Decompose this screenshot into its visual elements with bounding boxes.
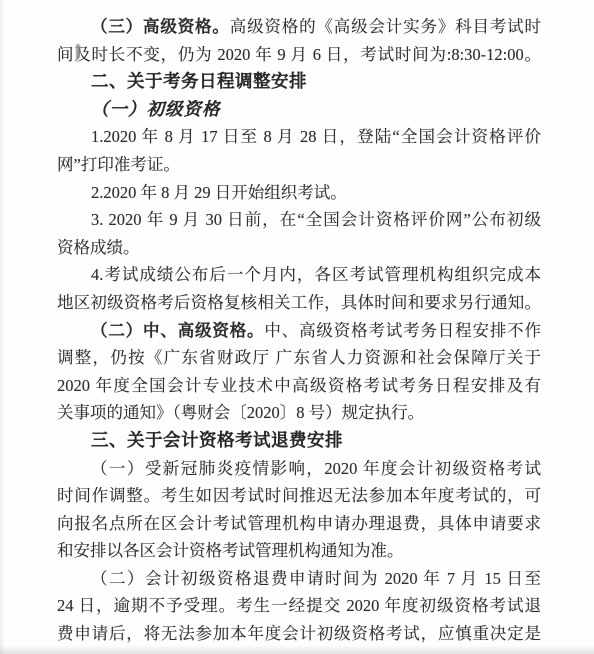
text-line: 三、关于会计资格考试退费安排 xyxy=(57,427,541,455)
text-line: 1.2020 年 8 月 17 日至 8 月 28 日，登陆“全国会计资格评价 xyxy=(57,123,541,151)
paragraph-1: （三）高级资格。高级资格的《高级会计实务》科目考试时间及时长不变，仍为 2020… xyxy=(57,13,541,68)
paragraph-2: 二、关于考务日程调整安排 xyxy=(57,68,541,96)
text-line: 调整，仍按《广东省财政厅 广东省人力资源和社会保障厅关于 xyxy=(57,344,541,372)
text-run: 2020 年度全国会计专业技术中高级资格考试考务日程安排及有 xyxy=(57,376,541,395)
text-line: 间及时长不变，仍为 2020 年 9 月 6 日，考试时间为:8:30-12:0… xyxy=(57,41,541,69)
text-run: 间及时长不变，仍为 2020 年 9 月 6 日，考试时间为:8:30-12:0… xyxy=(57,45,541,64)
document-page: （三）高级资格。高级资格的《高级会计实务》科目考试时间及时长不变，仍为 2020… xyxy=(0,0,594,654)
text-run: 地区初级资格考后资格复核相关工作，具体时间和要求另行通知。 xyxy=(57,293,541,312)
text-run: （一）受新冠肺炎疫情影响，2020 年度会计初级资格考试 xyxy=(91,459,541,478)
text-line: 资格成绩。 xyxy=(57,234,541,262)
text-line: 向报名点所在区会计考试管理机构申请办理退费，具体申请要求 xyxy=(57,510,541,538)
paragraph-7: 4.考试成绩公布后一个月内，各区考试管理机构组织完成本地区初级资格考后资格复核相… xyxy=(57,261,541,316)
text-run: 4.考试成绩公布后一个月内，各区考试管理机构组织完成本 xyxy=(91,265,541,284)
text-run: 时间作调整。考生如因考试时间推迟无法参加本年度考试的，可 xyxy=(57,486,541,505)
text-run: 2.2020 年 8 月 29 日开始组织考试。 xyxy=(91,183,347,202)
text-line: （二）中、高级资格。中、高级资格考试考务日程安排不作 xyxy=(57,317,541,345)
text-line: 二、关于考务日程调整安排 xyxy=(57,68,541,96)
paragraph-4: 1.2020 年 8 月 17 日至 8 月 28 日，登陆“全国会计资格评价网… xyxy=(57,123,541,178)
text-line: （一）初级资格 xyxy=(57,96,541,124)
paragraph-11: （二）会计初级资格退费申请时间为 2020 年 7 月 15 日至24 日，逾期… xyxy=(57,565,541,648)
text-run: 1.2020 年 8 月 17 日至 8 月 28 日，登陆“全国会计资格评价 xyxy=(91,127,541,146)
text-line: （一）受新冠肺炎疫情影响，2020 年度会计初级资格考试 xyxy=(57,455,541,483)
text-line: 费申请后，将无法参加本年度会计初级资格考试，应慎重决定是 xyxy=(57,620,541,648)
text-run: 调整，仍按《广东省财政厅 广东省人力资源和社会保障厅关于 xyxy=(57,348,541,367)
text-line: 时间作调整。考生如因考试时间推迟无法参加本年度考试的，可 xyxy=(57,482,541,510)
text-run: 费申请后，将无法参加本年度会计初级资格考试，应慎重决定是 xyxy=(57,624,541,643)
bold-text-run: 三、关于会计资格考试退费安排 xyxy=(91,430,343,450)
text-line: 2020 年度全国会计专业技术中高级资格考试考务日程安排及有 xyxy=(57,372,541,400)
text-line: 关事项的通知》（粤财会〔2020〕8 号）规定执行。 xyxy=(57,399,541,427)
text-run: 向报名点所在区会计考试管理机构申请办理退费，具体申请要求 xyxy=(57,514,541,533)
text-run: 高级资格的《高级会计实务》科目考试时 xyxy=(230,17,541,36)
paragraph-5: 2.2020 年 8 月 29 日开始组织考试。 xyxy=(57,179,541,207)
document-body: （三）高级资格。高级资格的《高级会计实务》科目考试时间及时长不变，仍为 2020… xyxy=(57,13,541,648)
text-run: （二）会计初级资格退费申请时间为 2020 年 7 月 15 日至 xyxy=(91,569,541,588)
text-run: 中、高级资格考试考务日程安排不作 xyxy=(264,321,541,340)
scan-artifact-mark xyxy=(76,44,80,59)
text-run: 24 日，逾期不予受理。考生一经提交 2020 年度初级资格考试退 xyxy=(57,596,541,615)
text-run: 资格成绩。 xyxy=(57,238,140,257)
paragraph-9: 三、关于会计资格考试退费安排 xyxy=(57,427,541,455)
text-run: 关事项的通知》（粤财会〔2020〕8 号）规定执行。 xyxy=(57,403,424,422)
scan-edge-shadow-left xyxy=(0,0,5,654)
text-line: 24 日，逾期不予受理。考生一经提交 2020 年度初级资格考试退 xyxy=(57,592,541,620)
paragraph-8: （二）中、高级资格。中、高级资格考试考务日程安排不作调整，仍按《广东省财政厅 广… xyxy=(57,317,541,427)
text-line: 地区初级资格考后资格复核相关工作，具体时间和要求另行通知。 xyxy=(57,289,541,317)
text-line: 3. 2020 年 9 月 30 日前，在“全国会计资格评价网”公布初级 xyxy=(57,206,541,234)
text-run: 3. 2020 年 9 月 30 日前，在“全国会计资格评价网”公布初级 xyxy=(91,210,541,229)
text-line: （三）高级资格。高级资格的《高级会计实务》科目考试时 xyxy=(57,13,541,41)
text-line: 2.2020 年 8 月 29 日开始组织考试。 xyxy=(57,179,541,207)
bold-text-run: （一）初级资格 xyxy=(91,99,221,119)
paragraph-6: 3. 2020 年 9 月 30 日前，在“全国会计资格评价网”公布初级资格成绩… xyxy=(57,206,541,261)
text-line: 网”打印准考证。 xyxy=(57,151,541,179)
bold-text-run: 二、关于考务日程调整安排 xyxy=(91,71,307,91)
bold-text-run: （三）高级资格。 xyxy=(91,17,230,36)
text-run: 和安排以各区会计资格考试管理机构通知为准。 xyxy=(57,541,404,560)
text-line: （二）会计初级资格退费申请时间为 2020 年 7 月 15 日至 xyxy=(57,565,541,593)
bold-text-run: （二）中、高级资格。 xyxy=(91,321,264,340)
paragraph-3: （一）初级资格 xyxy=(57,96,541,124)
text-line: 4.考试成绩公布后一个月内，各区考试管理机构组织完成本 xyxy=(57,261,541,289)
text-run: 网”打印准考证。 xyxy=(57,155,180,174)
text-line: 和安排以各区会计资格考试管理机构通知为准。 xyxy=(57,537,541,565)
paragraph-10: （一）受新冠肺炎疫情影响，2020 年度会计初级资格考试时间作调整。考生如因考试… xyxy=(57,455,541,565)
